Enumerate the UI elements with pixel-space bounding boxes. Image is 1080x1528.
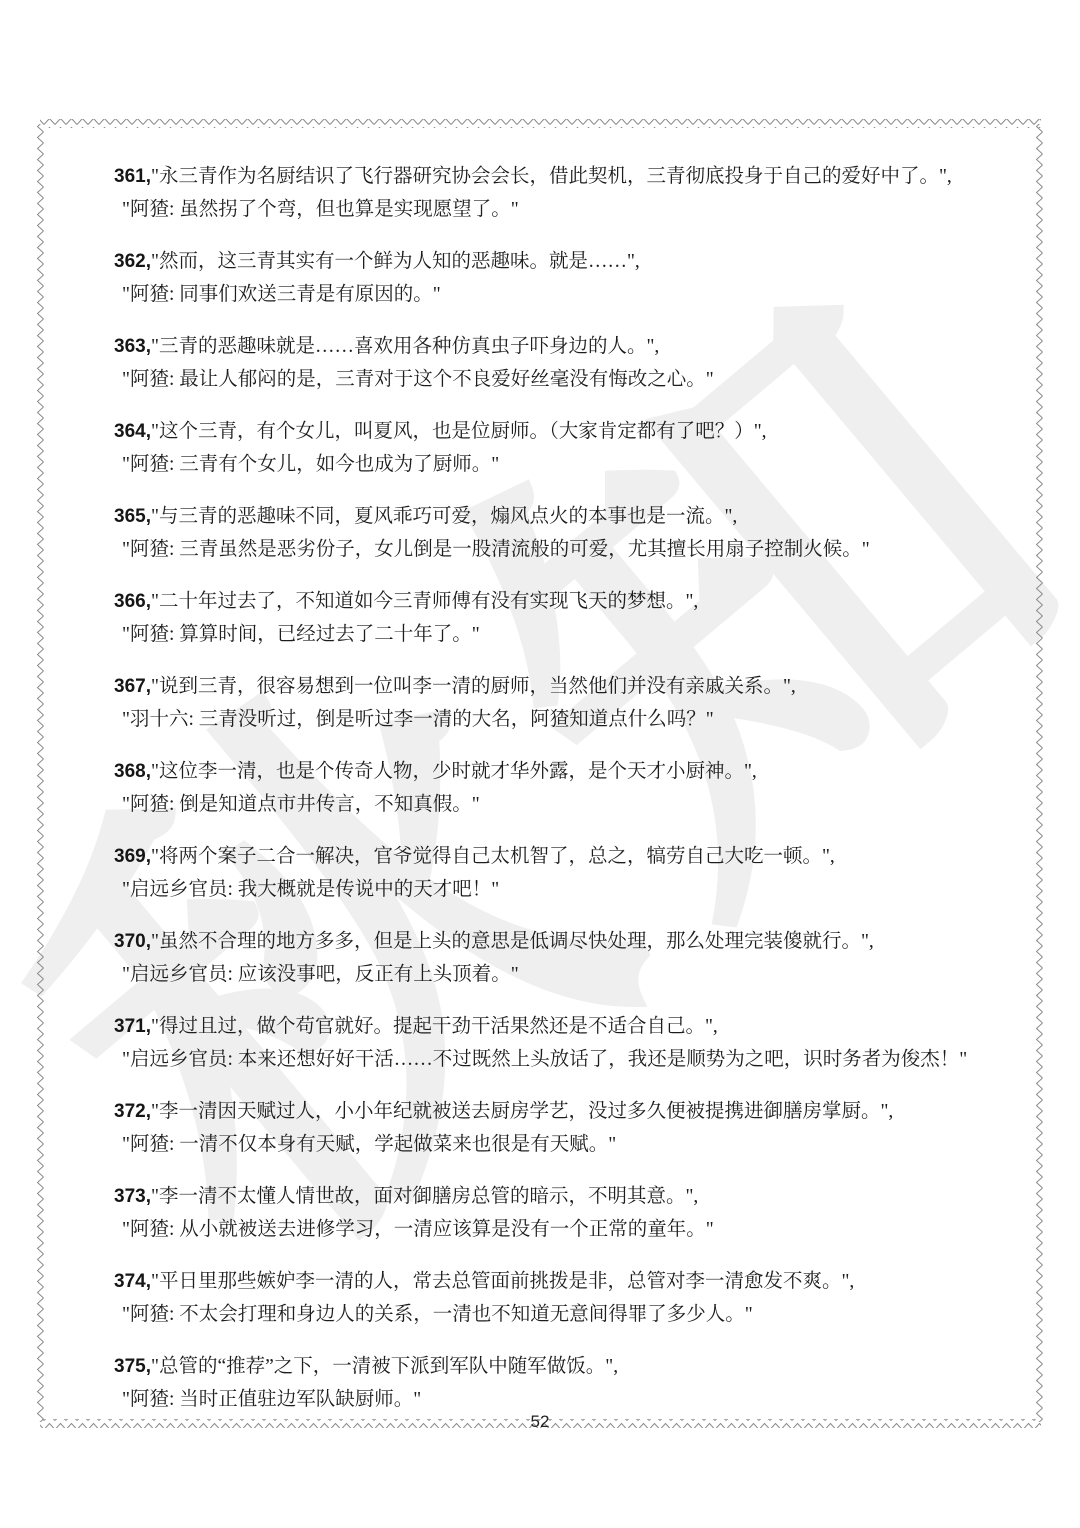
narration-line: 368,"这位李一清，也是个传奇人物，少时就才华外露，是个天才小厨神。", [114,755,1014,788]
script-entry: 369,"将两个案子二合一解决，官爷觉得自己太机智了，总之，犒劳自己大吃一顿。"… [114,840,1014,906]
script-entries: 361,"永三青作为名厨结识了飞行器研究协会会长，借此契机，三青彻底投身于自己的… [114,160,1014,1435]
narration-line: 361,"永三青作为名厨结识了飞行器研究协会会长，借此契机，三青彻底投身于自己的… [114,160,1014,193]
entry-number: 363, [114,336,151,357]
dialogue-line: "阿猹: 从小就被送去进修学习，一清应该算是没有一个正常的童年。" [114,1213,1014,1246]
narration-text: "说到三青，很容易想到一位叫李一清的厨师，当然他们并没有亲戚关系。", [151,676,796,697]
entry-number: 370, [114,931,151,952]
narration-text: "总管的“推荐”之下，一清被下派到军队中随军做饭。", [151,1356,618,1377]
dialogue-line: "启远乡官员: 应该没事吧，反正有上头顶着。" [114,958,1014,991]
narration-line: 367,"说到三青，很容易想到一位叫李一清的厨师，当然他们并没有亲戚关系。", [114,670,1014,703]
narration-text: "平日里那些嫉妒李一清的人，常去总管面前挑拨是非，总管对李一清愈发不爽。", [151,1271,854,1292]
dialogue-line: "羽十六: 三青没听过，倒是听过李一清的大名，阿猹知道点什么吗？" [114,703,1014,736]
dialogue-line: "阿猹: 虽然拐了个弯，但也算是实现愿望了。" [114,193,1014,226]
narration-line: 371,"得过且过，做个苟官就好。提起干劲干活果然还是不适合自己。", [114,1010,1014,1043]
entry-number: 375, [114,1356,151,1377]
narration-line: 366,"二十年过去了，不知道如今三青师傅有没有实现飞天的梦想。", [114,585,1014,618]
dialogue-line: "阿猹: 不太会打理和身边人的关系，一清也不知道无意间得罪了多少人。" [114,1298,1014,1331]
narration-line: 363,"三青的恶趣味就是……喜欢用各种仿真虫子吓身边的人。", [114,330,1014,363]
entry-number: 373, [114,1186,151,1207]
narration-line: 369,"将两个案子二合一解决，官爷觉得自己太机智了，总之，犒劳自己大吃一顿。"… [114,840,1014,873]
narration-line: 365,"与三青的恶趣味不同，夏风乖巧可爱，煽风点火的本事也是一流。", [114,500,1014,533]
narration-line: 372,"李一清因天赋过人，小小年纪就被送去厨房学艺，没过多久便被提携进御膳房掌… [114,1095,1014,1128]
script-entry: 366,"二十年过去了，不知道如今三青师傅有没有实现飞天的梦想。","阿猹: 算… [114,585,1014,651]
dialogue-line: "阿猹: 算算时间，已经过去了二十年了。" [114,618,1014,651]
script-entry: 362,"然而，这三青其实有一个鲜为人知的恶趣味。就是……","阿猹: 同事们欢… [114,245,1014,311]
entry-number: 366, [114,591,151,612]
script-entry: 370,"虽然不合理的地方多多，但是上头的意思是低调尽快处理，那么处理完装傻就行… [114,925,1014,991]
script-entry: 365,"与三青的恶趣味不同，夏风乖巧可爱，煽风点火的本事也是一流。","阿猹:… [114,500,1014,566]
script-entry: 371,"得过且过，做个苟官就好。提起干劲干活果然还是不适合自己。","启远乡官… [114,1010,1014,1076]
narration-line: 362,"然而，这三青其实有一个鲜为人知的恶趣味。就是……", [114,245,1014,278]
page-number: 52 [0,1412,1080,1432]
narration-text: "永三青作为名厨结识了飞行器研究协会会长，借此契机，三青彻底投身于自己的爱好中了… [151,166,952,187]
narration-text: "三青的恶趣味就是……喜欢用各种仿真虫子吓身边的人。", [151,336,659,357]
dialogue-line: "阿猹: 倒是知道点市井传言，不知真假。" [114,788,1014,821]
entry-number: 365, [114,506,151,527]
entry-number: 374, [114,1271,151,1292]
entry-number: 369, [114,846,151,867]
narration-text: "李一清不太懂人情世故，面对御膳房总管的暗示，不明其意。", [151,1186,698,1207]
narration-line: 374,"平日里那些嫉妒李一清的人，常去总管面前挑拨是非，总管对李一清愈发不爽。… [114,1265,1014,1298]
dialogue-line: "启远乡官员: 我大概就是传说中的天才吧！" [114,873,1014,906]
narration-text: "虽然不合理的地方多多，但是上头的意思是低调尽快处理，那么处理完装傻就行。", [151,931,874,952]
border-right [1036,124,1045,1422]
script-entry: 368,"这位李一清，也是个传奇人物，少时就才华外露，是个天才小厨神。","阿猹… [114,755,1014,821]
entry-number: 371, [114,1016,151,1037]
border-left [36,124,45,1422]
narration-line: 373,"李一清不太懂人情世故，面对御膳房总管的暗示，不明其意。", [114,1180,1014,1213]
narration-text: "二十年过去了，不知道如今三青师傅有没有实现飞天的梦想。", [151,591,698,612]
border-top [40,119,1041,128]
narration-text: "与三青的恶趣味不同，夏风乖巧可爱，煽风点火的本事也是一流。", [151,506,737,527]
entry-number: 362, [114,251,151,272]
narration-text: "这位李一清，也是个传奇人物，少时就才华外露，是个天才小厨神。", [151,761,757,782]
script-entry: 374,"平日里那些嫉妒李一清的人，常去总管面前挑拨是非，总管对李一清愈发不爽。… [114,1265,1014,1331]
dialogue-line: "阿猹: 三青有个女儿，如今也成为了厨师。" [114,448,1014,481]
narration-text: "将两个案子二合一解决，官爷觉得自己太机智了，总之，犒劳自己大吃一顿。", [151,846,835,867]
entry-number: 372, [114,1101,151,1122]
narration-line: 370,"虽然不合理的地方多多，但是上头的意思是低调尽快处理，那么处理完装傻就行… [114,925,1014,958]
entry-number: 367, [114,676,151,697]
narration-line: 375,"总管的“推荐”之下，一清被下派到军队中随军做饭。", [114,1350,1014,1383]
script-entry: 363,"三青的恶趣味就是……喜欢用各种仿真虫子吓身边的人。","阿猹: 最让人… [114,330,1014,396]
script-entry: 375,"总管的“推荐”之下，一清被下派到军队中随军做饭。","阿猹: 当时正值… [114,1350,1014,1416]
entry-number: 361, [114,166,151,187]
dialogue-line: "阿猹: 一清不仅本身有天赋，学起做菜来也很是有天赋。" [114,1128,1014,1161]
narration-text: "然而，这三青其实有一个鲜为人知的恶趣味。就是……", [151,251,640,272]
dialogue-line: "阿猹: 同事们欢送三青是有原因的。" [114,278,1014,311]
narration-line: 364,"这个三青，有个女儿，叫夏风，也是位厨师。（大家肯定都有了吧？）", [114,415,1014,448]
dialogue-line: "阿猹: 三青虽然是恶劣份子，女儿倒是一股清流般的可爱，尤其擅长用扇子控制火候。… [114,533,1014,566]
narration-text: "这个三青，有个女儿，叫夏风，也是位厨师。（大家肯定都有了吧？）", [151,421,767,442]
script-entry: 361,"永三青作为名厨结识了飞行器研究协会会长，借此契机，三青彻底投身于自己的… [114,160,1014,226]
script-entry: 372,"李一清因天赋过人，小小年纪就被送去厨房学艺，没过多久便被提携进御膳房掌… [114,1095,1014,1161]
narration-text: "李一清因天赋过人，小小年纪就被送去厨房学艺，没过多久便被提携进御膳房掌厨。", [151,1101,893,1122]
narration-text: "得过且过，做个苟官就好。提起干劲干活果然还是不适合自己。", [151,1016,718,1037]
script-entry: 373,"李一清不太懂人情世故，面对御膳房总管的暗示，不明其意。","阿猹: 从… [114,1180,1014,1246]
entry-number: 364, [114,421,151,442]
script-entry: 364,"这个三青，有个女儿，叫夏风，也是位厨师。（大家肯定都有了吧？）","阿… [114,415,1014,481]
dialogue-line: "启远乡官员: 本来还想好好干活……不过既然上头放话了，我还是顺势为之吧，识时务… [114,1043,1014,1076]
dialogue-line: "阿猹: 最让人郁闷的是，三青对于这个不良爱好丝毫没有悔改之心。" [114,363,1014,396]
entry-number: 368, [114,761,151,782]
script-entry: 367,"说到三青，很容易想到一位叫李一清的厨师，当然他们并没有亲戚关系。","… [114,670,1014,736]
